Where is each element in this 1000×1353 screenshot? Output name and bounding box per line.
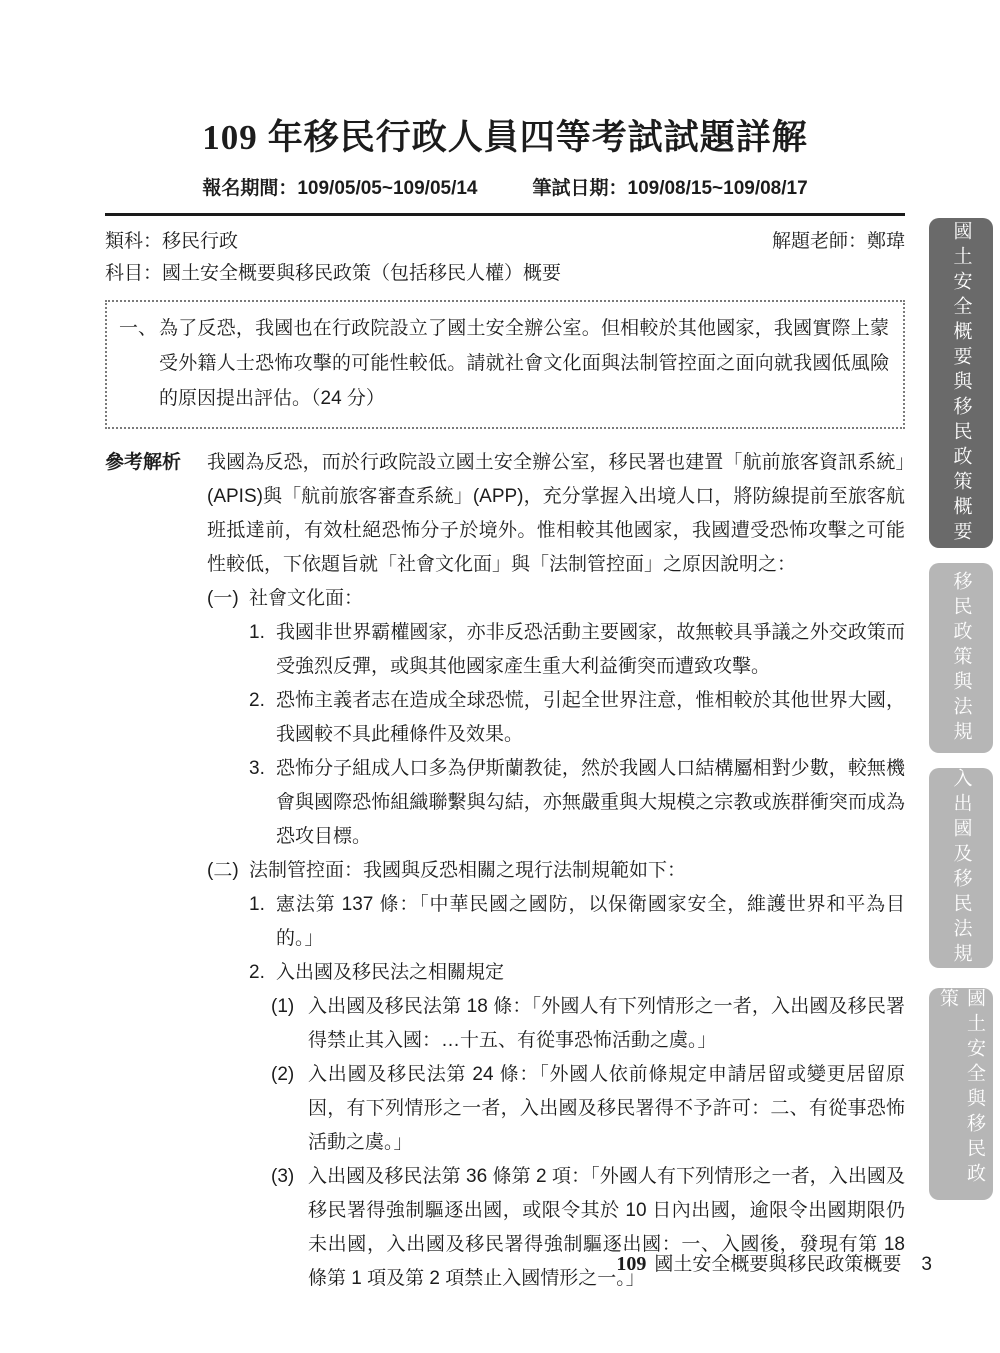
sidebar-tab-entry-exit-immigration-law: 入出國及移民法規 — [929, 768, 993, 968]
title-year: 109 — [202, 118, 258, 157]
analysis-intro: 我國為反恐，而於行政院設立國土安全辦公室，移民署也建置「航前旅客資訊系統」(AP… — [207, 446, 905, 582]
sub-item-number: (1) — [271, 990, 308, 1058]
section-1-label: (一) — [207, 582, 249, 854]
sidebar-tab-label: 入出國及移民法規 — [948, 768, 975, 968]
sidebar-tab-label: 移民政策與法規 — [948, 571, 975, 746]
question-box: 一、 為了反恐，我國也在行政院設立了國土安全辦公室。但相較於其他國家，我國實際上… — [105, 300, 905, 429]
question-number: 一、 — [119, 311, 159, 416]
title-text: 年移民行政人員四等考試試題詳解 — [268, 118, 808, 157]
analysis-label: 參考解析 — [105, 446, 207, 1296]
section-2-title: 法制管控面：我國與反恐相關之現行法制規範如下： — [249, 854, 905, 888]
sidebar-tab-label: 國土安全與移民政策 — [934, 988, 988, 1200]
analysis-section-2: (二) 法制管控面：我國與反恐相關之現行法制規範如下： 1. 憲法第 137 條… — [207, 854, 905, 1296]
footer-title: 國土安全概要與移民政策概要 — [654, 1254, 901, 1275]
registration-period: 報名期間：109/05/05~109/05/14 — [202, 173, 477, 200]
sub-list-item: (1) 入出國及移民法第 18 條：「外國人有下列情形之一者，入出國及移民署得禁… — [271, 990, 905, 1058]
item-text: 我國非世界霸權國家，亦非反恐活動主要國家，故無較具爭議之外交政策而受強烈反彈，或… — [276, 616, 905, 684]
list-item: 1. 我國非世界霸權國家，亦非反恐活動主要國家，故無較具爭議之外交政策而受強烈反… — [249, 616, 905, 684]
list-item: 2. 恐怖主義者志在造成全球恐慌，引起全世界注意，惟相較於其他世界大國，我國較不… — [249, 684, 905, 752]
sub-item-text: 入出國及移民法第 24 條：「外國人依前條規定申請居留或變更居留原因，有下列情形… — [308, 1058, 905, 1160]
sub-item-text: 入出國及移民法第 18 條：「外國人有下列情形之一者，入出國及移民署得禁止其入國… — [308, 990, 905, 1058]
item-text: 入出國及移民法之相關規定 — [276, 956, 905, 990]
section-2-label: (二) — [207, 854, 249, 1296]
sub-item-number: (2) — [271, 1058, 308, 1160]
page-footer: 109國土安全概要與移民政策概要3 — [616, 1249, 932, 1276]
category-label: 類科：移民行政 — [105, 231, 238, 253]
teacher-label: 解題老師：鄭瑋 — [772, 231, 905, 253]
item-text: 恐怖分子組成人口多為伊斯蘭教徒，然於我國人口結構屬相對少數，較無機會與國際恐怖組… — [276, 752, 905, 854]
item-text: 憲法第 137 條：「中華民國之國防，以保衛國家安全，維護世界和平為目的。」 — [276, 888, 905, 956]
analysis-body: 我國為反恐，而於行政院設立國土安全辦公室，移民署也建置「航前旅客資訊系統」(AP… — [207, 446, 905, 1296]
list-item: 2. 入出國及移民法之相關規定 (1) 入出國及移民法第 18 條：「外國人有下… — [249, 956, 905, 1296]
item-number: 1. — [249, 888, 276, 956]
sidebar-tab-label: 國土安全概要與移民政策概要 — [948, 221, 975, 546]
header-divider — [105, 213, 905, 216]
analysis-section-1: (一) 社會文化面： 1. 我國非世界霸權國家，亦非反恐活動主要國家，故無較具爭… — [207, 582, 905, 854]
subject-label: 科目：國土安全概要與移民政策（包括移民人權）概要 — [105, 263, 561, 284]
meta-row: 類科：移民行政 解題老師：鄭瑋 — [105, 231, 905, 253]
list-item: 3. 恐怖分子組成人口多為伊斯蘭教徒，然於我國人口結構屬相對少數，較無機會與國際… — [249, 752, 905, 854]
subject-row: 科目：國土安全概要與移民政策（包括移民人權）概要 — [105, 263, 905, 285]
written-exam-date: 筆試日期：109/08/15~109/08/17 — [533, 173, 808, 200]
page-content: 109年移民行政人員四等考試試題詳解 報名期間：109/05/05~109/05… — [105, 0, 905, 1296]
item-number: 2. — [249, 684, 276, 752]
item-number: 3. — [249, 752, 276, 854]
page-number: 3 — [921, 1254, 932, 1275]
sidebar-tab-current-chapter: 國土安全概要與移民政策概要 — [929, 218, 993, 548]
question-text: 為了反恐，我國也在行政院設立了國土安全辦公室。但相較於其他國家，我國實際上蒙受外… — [159, 311, 889, 416]
section-1-title: 社會文化面： — [249, 582, 905, 616]
sub-item-number: (3) — [271, 1160, 308, 1296]
exam-dates-row: 報名期間：109/05/05~109/05/14 筆試日期：109/08/15~… — [105, 173, 905, 200]
sidebar-tab-homeland-security-policy: 國土安全與移民政策 — [929, 988, 993, 1200]
item-number: 1. — [249, 616, 276, 684]
item-text: 恐怖主義者志在造成全球恐慌，引起全世界注意，惟相較於其他世界大國，我國較不具此種… — [276, 684, 905, 752]
sidebar-tab-immigration-policy-law: 移民政策與法規 — [929, 563, 993, 753]
footer-year: 109 — [616, 1253, 646, 1275]
analysis-section: 參考解析 我國為反恐，而於行政院設立國土安全辦公室，移民署也建置「航前旅客資訊系… — [105, 446, 905, 1296]
sub-list-item: (2) 入出國及移民法第 24 條：「外國人依前條規定申請居留或變更居留原因，有… — [271, 1058, 905, 1160]
list-item: 1. 憲法第 137 條：「中華民國之國防，以保衛國家安全，維護世界和平為目的。… — [249, 888, 905, 956]
page-title: 109年移民行政人員四等考試試題詳解 — [105, 110, 905, 160]
